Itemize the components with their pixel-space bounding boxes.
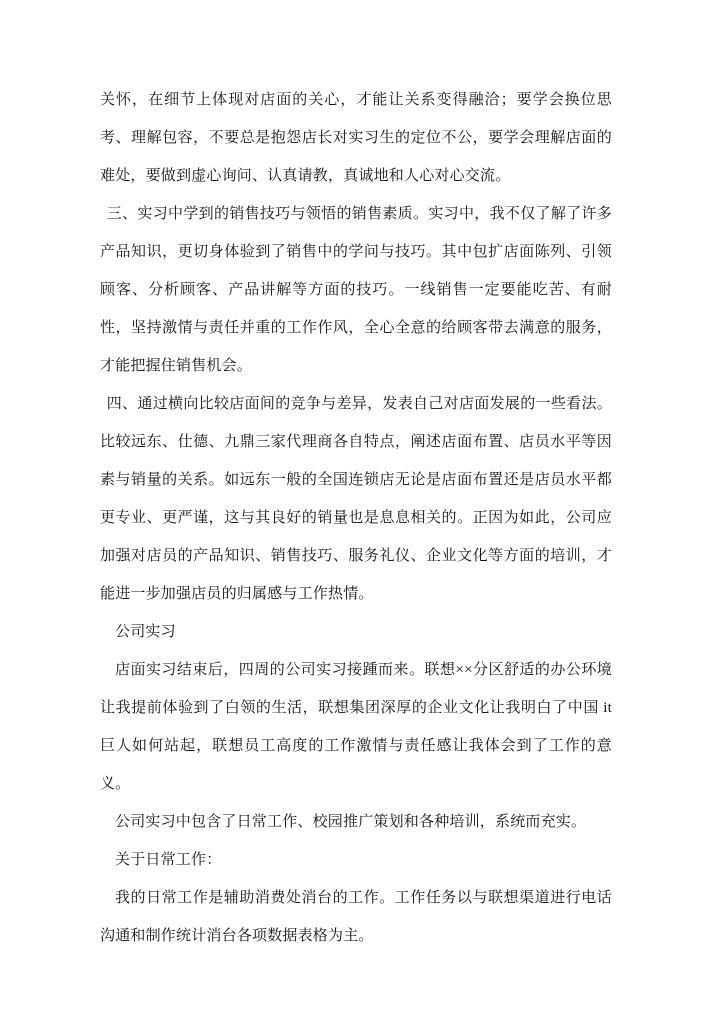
heading-daily-work: 关于日常工作： <box>100 841 612 879</box>
paragraph-point-four-store-comparison: 四、通过横向比较店面间的竞争与差异，发表自己对店面发展的一些看法。比较远东、仕德… <box>100 385 612 613</box>
document-text-block: 关怀，在细节上体现对店面的关心，才能让关系变得融洽；要学会换位思考、理解包容，不… <box>100 81 612 955</box>
document-page: 关怀，在细节上体现对店面的关心，才能让关系变得融洽；要学会换位思考、理解包容，不… <box>0 0 721 1020</box>
paragraph-point-three-sales-skills: 三、实习中学到的销售技巧与领悟的销售素质。实习中，我不仅了解了许多产品知识，更切… <box>100 195 612 385</box>
paragraph-internship-contents: 公司实习中包含了日常工作、校园推广策划和各种培训，系统而充实。 <box>100 803 612 841</box>
heading-company-internship: 公司实习 <box>100 613 612 651</box>
paragraph-company-internship-intro: 店面实习结束后，四周的公司实习接踵而来。联想××分区舒适的办公环境让我提前体验到… <box>100 651 612 803</box>
paragraph-daily-work-description: 我的日常工作是辅助消费处消台的工作。工作任务以与联想渠道进行电话沟通和制作统计消… <box>100 879 612 955</box>
paragraph-continued-care: 关怀，在细节上体现对店面的关心，才能让关系变得融洽；要学会换位思考、理解包容，不… <box>100 81 612 195</box>
